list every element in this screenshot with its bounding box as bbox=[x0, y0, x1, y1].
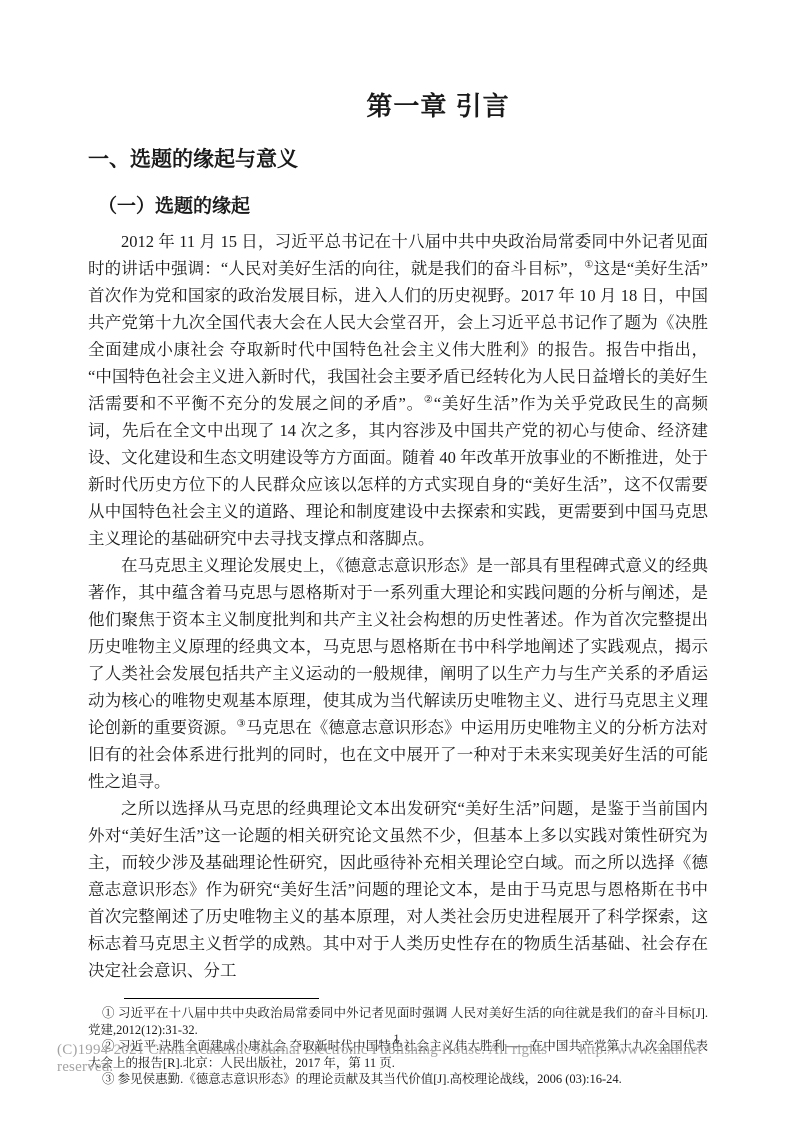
section-heading: 一、选题的缘起与意义 bbox=[88, 146, 708, 174]
body-paragraph-3: 之所以选择从马克思的经典理论文本出发研究“美好生活”问题，是鉴于当前国内外对“美… bbox=[88, 795, 708, 984]
chapter-title: 第一章 引言 bbox=[128, 90, 748, 122]
subsection-heading: （一）选题的缘起 bbox=[88, 194, 708, 220]
footer-copyright-text: (C)1994-2021 China Academic Journal Elec… bbox=[57, 1042, 579, 1076]
footer-site-url: http://www.cnki.net bbox=[579, 1042, 702, 1059]
body-paragraph-2: 在马克思主义理论发展史上，《德意志意识形态》是一部具有里程碑式意义的经典著作，其… bbox=[88, 552, 708, 795]
document-page: 第一章 引言 一、选题的缘起与意义 （一）选题的缘起 2012 年 11 月 1… bbox=[0, 0, 793, 1122]
page-footer: (C)1994-2021 China Academic Journal Elec… bbox=[57, 1042, 702, 1076]
body-paragraph-1: 2012 年 11 月 15 日，习近平总书记在十八届中共中央政治局常委同中外记… bbox=[88, 228, 708, 552]
page-content: 第一章 引言 一、选题的缘起与意义 （一）选题的缘起 2012 年 11 月 1… bbox=[0, 0, 793, 1088]
